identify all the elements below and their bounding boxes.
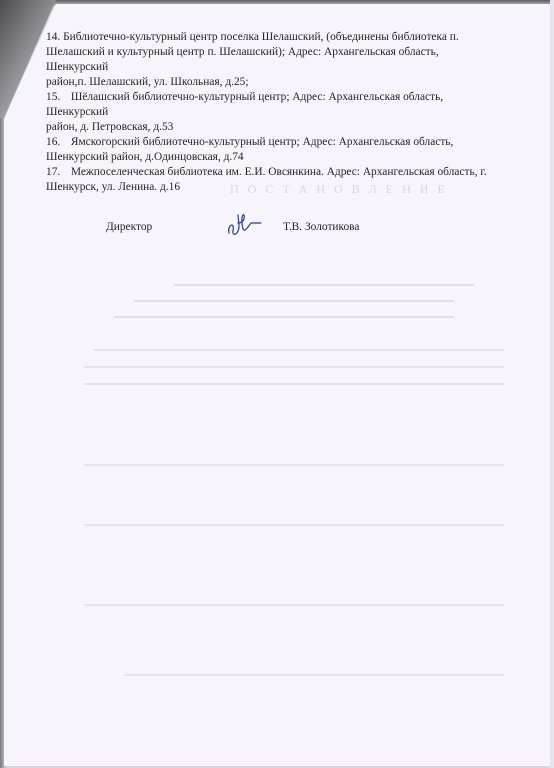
- signature-scribble-icon: [225, 211, 265, 242]
- bleed-through-line: [84, 524, 504, 526]
- list-item-text: Шелашский и культурный центр п. Шелашски…: [46, 46, 439, 73]
- bleed-through-line: [124, 674, 504, 676]
- list-item-text: Шенкурск, ул. Ленина. д.16: [46, 181, 180, 193]
- list-item-text: Библиотечно-культурный центр поселка Шел…: [63, 31, 459, 43]
- list-item-text: район, д. Петровская, д.53: [46, 121, 173, 133]
- signature-block: Директор Т.В. Золотикова: [0, 217, 554, 247]
- list-item: 16. Ямскогорский библиотечно-культурный …: [46, 135, 496, 165]
- list-item-number: 14.: [46, 31, 60, 43]
- bleed-through-line: [94, 349, 504, 351]
- bleed-through-line: [84, 604, 504, 606]
- list-item-text: Шенкурский район, д.Одинцовская, д.74: [46, 151, 244, 163]
- list-item: 15. Шёлашский библиотечно-культурный цен…: [46, 90, 496, 135]
- list-item: 17. Межпоселенческая библиотека им. Е.И.…: [46, 165, 496, 195]
- list-item-number: 16.: [46, 135, 68, 150]
- list-item-text: район,п. Шелашский, ул. Школьная, д.25;: [46, 76, 249, 88]
- bleed-through-line: [84, 383, 504, 385]
- list-item-number: 15.: [46, 90, 68, 105]
- list-item-text: Ямскогорский библиотечно-культурный цент…: [71, 136, 454, 148]
- list-item-text: Шёлашский библиотечно-культурный центр; …: [46, 91, 443, 118]
- bleed-through-line: [134, 300, 454, 302]
- bleed-through-line: [114, 316, 454, 318]
- bleed-through-line: [84, 464, 504, 466]
- signatory-title: Директор: [106, 221, 152, 233]
- document-body: 14. Библиотечно-культурный центр поселка…: [46, 30, 496, 195]
- signatory-name: Т.В. Золотикова: [283, 221, 359, 233]
- bleed-through-line: [174, 284, 474, 286]
- scan-right-edge: [550, 0, 554, 768]
- bleed-through-line: [84, 366, 504, 368]
- list-item-text: Межпоселенческая библиотека им. Е.И. Овс…: [71, 166, 487, 178]
- list-item: 14. Библиотечно-культурный центр поселка…: [46, 30, 496, 90]
- list-item-number: 17.: [46, 165, 68, 180]
